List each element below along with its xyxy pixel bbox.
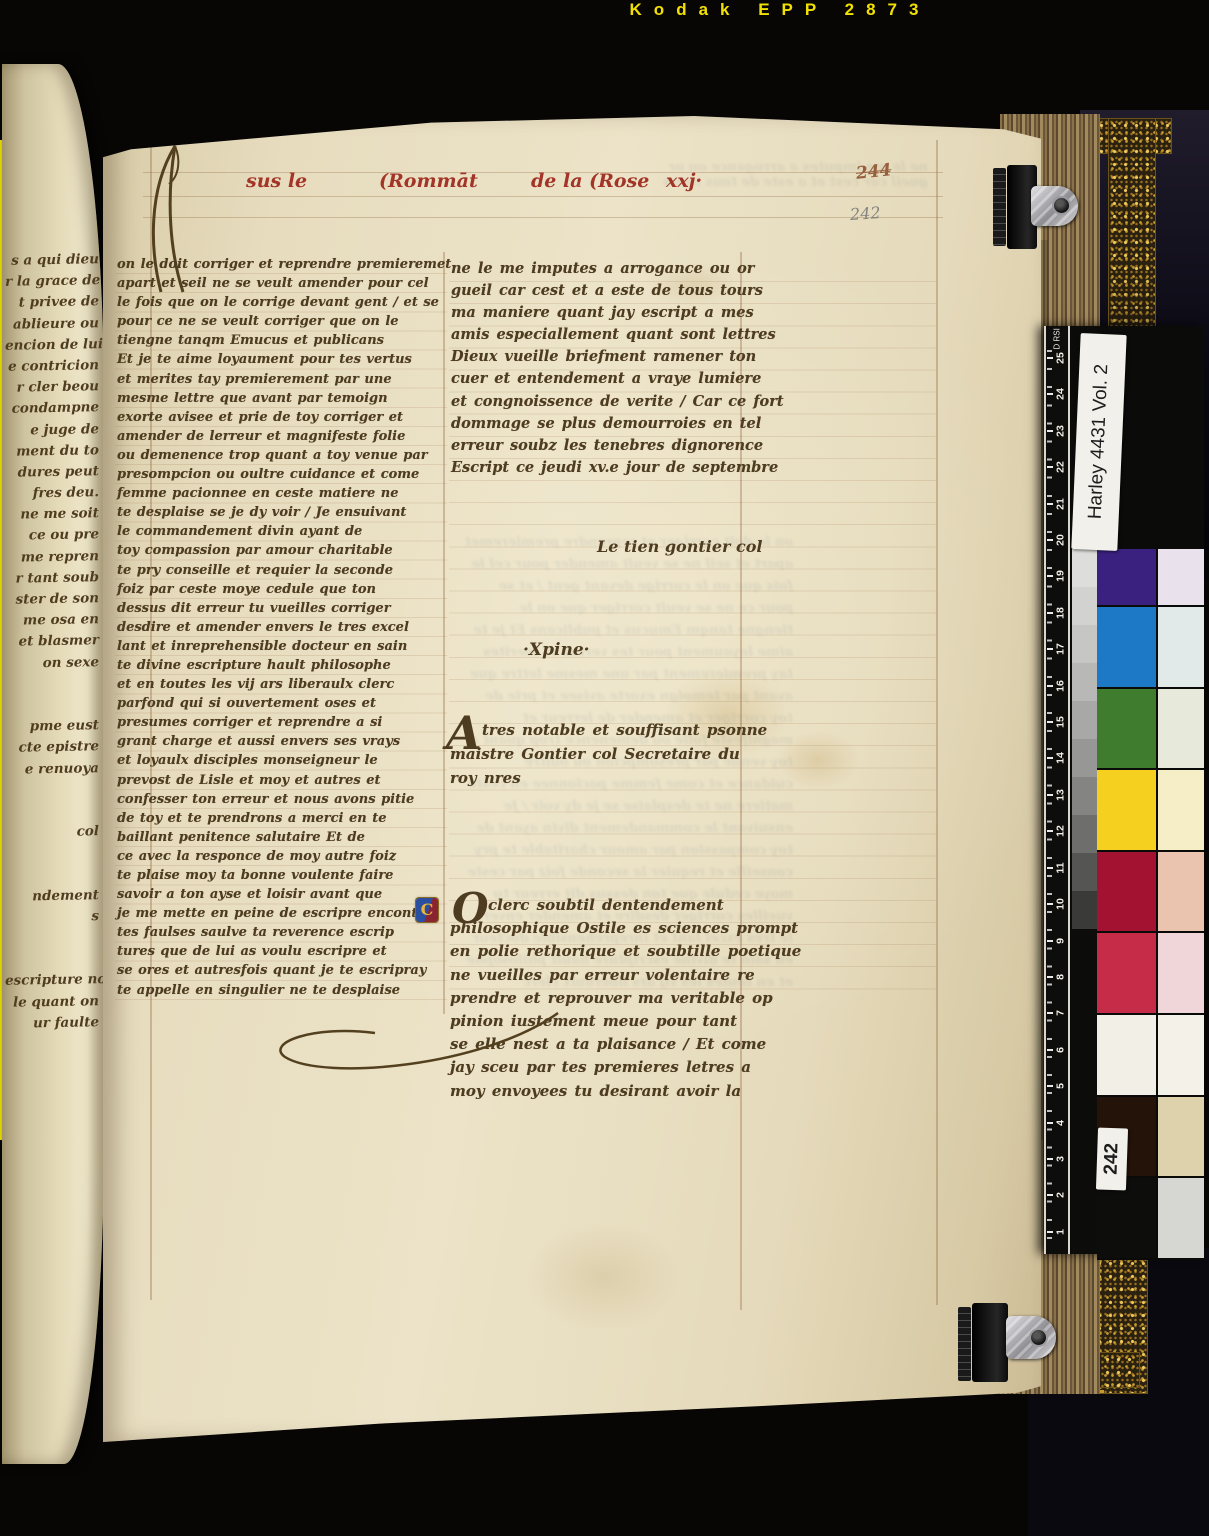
color-patch-row — [1097, 933, 1204, 1015]
letter-signature: Le tien gontier col — [597, 537, 762, 556]
grayscale-column — [1072, 549, 1097, 929]
ruler-tick-item: 21 — [1047, 498, 1067, 510]
illuminated-initial: C — [416, 898, 438, 922]
ruler-tick-item: 2 — [1047, 1189, 1067, 1201]
manuscript-line: te divine escripture hault philosophe — [117, 656, 443, 675]
manuscript-line: presumes corriger et reprendre a si — [117, 713, 443, 732]
facing-text-fragment: r tant soub — [5, 567, 99, 590]
facing-text-fragment: on sexe — [5, 652, 99, 675]
facing-text-fragment: ndement — [5, 885, 99, 908]
manuscript-line: ne vueilles par erreur volentaire re — [450, 964, 800, 987]
ruler-tick-item: 10 — [1047, 898, 1067, 910]
clip-body — [972, 1303, 1008, 1382]
facing-text-fragment: condampne — [5, 397, 99, 420]
manuscript-line: Dieux vueille briefment ramener ton — [451, 346, 791, 368]
clip-embossed-strip — [993, 168, 1006, 246]
ruler-number: 23 — [1055, 424, 1067, 437]
ruler-number: 13 — [1055, 788, 1067, 801]
manuscript-line: dommage se plus demourroies en tel — [451, 413, 791, 435]
manuscript-line: je me mette en peine de escripre encontr… — [117, 904, 443, 923]
color-patch-pale — [1158, 1015, 1204, 1095]
gray-step — [1072, 853, 1097, 891]
ruler-scale: D RSI 25 24 23 22 21 — [1044, 326, 1070, 1254]
color-patch-row — [1097, 770, 1204, 852]
ruler-tick-item: 6 — [1047, 1044, 1067, 1056]
manuscript-line: et merites tay premierement par une — [117, 370, 443, 389]
ruler-number: 17 — [1055, 643, 1067, 656]
ruler-tick — [1047, 575, 1053, 577]
ruler-tick-item: 20 — [1047, 534, 1067, 546]
manuscript-line: te pry conseille et requier la seconde — [117, 561, 443, 580]
facing-text-fragment: t privee de — [5, 292, 99, 315]
facing-text-fragment — [5, 842, 99, 865]
ruler-tick-item: 8 — [1047, 971, 1067, 983]
color-patch-row — [1097, 1178, 1204, 1260]
facing-text-fragment: r la grace de — [5, 270, 99, 293]
facing-text-fragment: cte epistre — [5, 736, 99, 759]
ruler-number: 19 — [1055, 570, 1067, 583]
color-patch-pale — [1158, 852, 1204, 932]
binder-clip-top — [993, 165, 1085, 251]
ruler-number: 7 — [1055, 1007, 1067, 1020]
ruler-tick-item: 18 — [1047, 607, 1067, 619]
facing-text-fragment: fres deu. — [5, 482, 99, 505]
ruler-tick — [1047, 1049, 1053, 1051]
facing-text-column: s a qui dieur la grace det privee deabli… — [5, 250, 99, 1034]
clip-handle-hole — [1052, 196, 1071, 215]
ruler-number: 8 — [1055, 970, 1067, 983]
color-patch-row — [1097, 1015, 1204, 1097]
ruler-tick — [1047, 1012, 1053, 1014]
color-patch-pale — [1158, 933, 1204, 1013]
ruler-tick-item: 14 — [1047, 752, 1067, 764]
manuscript-line: prevost de Lisle et moy et autres et — [117, 771, 443, 790]
manuscript-line: tres notable et souffisant psonne — [450, 718, 795, 742]
ruler-tick-item: 25 — [1047, 352, 1067, 364]
manuscript-line: te appelle en singulier ne te desplaise — [117, 981, 443, 1000]
color-patch — [1097, 549, 1156, 605]
ruler-number: 25 — [1055, 352, 1067, 365]
gray-step — [1072, 701, 1097, 739]
manuscript-line: grant charge et aussi envers ses vrays — [117, 732, 443, 751]
pen-initial-O: O — [452, 888, 489, 930]
facing-text-fragment: pme eust — [5, 715, 99, 738]
running-title-part: de la (Rose — [531, 170, 649, 192]
ruler-tick-item: 24 — [1047, 388, 1067, 400]
manuscript-line: philosophique Ostile es sciences prompt — [450, 917, 800, 940]
ruler-number: 9 — [1055, 934, 1067, 947]
manuscript-line: roy nres — [450, 766, 795, 790]
ruler-number: 6 — [1055, 1043, 1067, 1056]
manuscript-line: ma maniere quant jay escript a mes — [451, 302, 791, 324]
gray-step — [1072, 739, 1097, 777]
running-title-part: sus le — [246, 170, 307, 192]
ruler-number: 3 — [1055, 1152, 1067, 1165]
manuscript-line: le commandement divin ayant de — [117, 522, 443, 541]
gray-step — [1072, 891, 1097, 929]
ruler-number: 1 — [1055, 1225, 1067, 1238]
manuscript-line: en polie rethorique et soubtille poetiqu… — [450, 940, 800, 963]
ruler-tick — [1047, 830, 1053, 832]
manuscript-line: le fois que on le corrige devant gent / … — [117, 293, 443, 312]
clip-embossed-strip — [958, 1307, 971, 1381]
ruler-tick — [1047, 757, 1053, 759]
manuscript-line: cuer et entendement a vraye lumiere — [451, 368, 791, 390]
manuscript-line: te plaise moy ta bonne voulente faire — [117, 866, 443, 885]
ruler-tick-item: 17 — [1047, 643, 1067, 655]
color-patch — [1097, 1178, 1156, 1258]
manuscript-line: pour ce ne se veult corriger que on le — [117, 312, 443, 331]
facing-text-fragment: ment du to — [5, 440, 99, 463]
ruler-tick-item: 12 — [1047, 825, 1067, 837]
manuscript-line: femme pacionnee en ceste matiere ne — [117, 484, 443, 503]
facing-page-edge: s a qui dieur la grace det privee deabli… — [2, 64, 104, 1464]
color-patch — [1097, 689, 1156, 769]
ruler-tick — [1047, 1122, 1053, 1124]
ruler-tick — [1047, 648, 1053, 650]
manuscript-line: gueil car cest et a este de tous tours — [451, 280, 791, 302]
color-patch-pale — [1158, 770, 1204, 850]
ruler-tick — [1047, 1085, 1053, 1087]
volume-label: Harley 4431 Vol. 2 — [1071, 333, 1126, 551]
ruler-number: 20 — [1055, 534, 1067, 547]
manuscript-line: se ores et autresfois quant je te escrip… — [117, 961, 443, 980]
manuscript-line: de toy et te prendrons a merci en te — [117, 809, 443, 828]
manuscript-line: maistre Gontier col Secretaire du — [450, 742, 795, 766]
facing-text-fragment: me osa en — [5, 609, 99, 632]
facing-text-fragment: ur faulte — [5, 1012, 99, 1035]
ruler-tick — [1047, 794, 1053, 796]
manuscript-line: savoir a ton ayse et loisir avant que — [117, 885, 443, 904]
manuscript-line: ou demenence trop quant a toy venue par — [117, 446, 443, 465]
manuscript-line: lant et inreprehensible docteur en sain — [117, 637, 443, 656]
ruler-tick-item: 4 — [1047, 1117, 1067, 1129]
manuscript-page: on le doit corriger et reprendre premier… — [103, 112, 1041, 1442]
manuscript-line: et congnoissence de verite / Car ce fort — [451, 391, 791, 413]
facing-text-fragment — [5, 927, 99, 950]
grayscale-black-tail — [1072, 929, 1097, 1254]
manuscript-line: desdire et amender envers le tres excel — [117, 618, 443, 637]
facing-text-fragment — [5, 948, 99, 971]
color-patch-row — [1097, 689, 1204, 771]
ruler-tick — [1047, 539, 1053, 541]
ruler-tick-item: 9 — [1047, 935, 1067, 947]
color-patch-pale — [1158, 549, 1204, 605]
facing-text-fragment: e contricion — [5, 355, 99, 378]
ruler-tick — [1047, 1194, 1053, 1196]
text-column-left: on le doit corriger et reprendre premier… — [117, 255, 443, 1000]
running-title-part: (Rommāt — [379, 170, 478, 192]
manuscript-line: ce avec la responce de moy autre foiz — [117, 847, 443, 866]
ruler-number: 2 — [1055, 1189, 1067, 1202]
manuscript-line: presompcion ou oultre cuidance et come — [117, 465, 443, 484]
ruler-tick — [1047, 503, 1053, 505]
manuscript-line: tures que de lui as voulu escripre et — [117, 942, 443, 961]
facing-text-fragment: escripture no — [5, 970, 99, 993]
manuscript-line: clerc soubtil dentendement — [450, 894, 800, 917]
facing-text-fragment — [5, 800, 99, 823]
ruler-tick-item: 22 — [1047, 461, 1067, 473]
ruler-tick — [1047, 976, 1053, 978]
ruler-number: 18 — [1055, 606, 1067, 619]
color-patch — [1097, 933, 1156, 1013]
color-calibration-target: D RSI 25 24 23 22 21 — [1044, 326, 1204, 1254]
vertical-ruling — [443, 252, 445, 1014]
ruler-number: 24 — [1055, 388, 1067, 401]
parchment-stain — [523, 1222, 683, 1332]
facing-text-fragment: et blasmer — [5, 631, 99, 654]
ruler-tick — [1047, 466, 1053, 468]
facing-text-fragment — [5, 779, 99, 802]
clip-handle-hole — [1029, 1328, 1048, 1347]
clip-handle — [1006, 1316, 1056, 1359]
ruler-tick — [1047, 685, 1053, 687]
manuscript-line: parfond qui si ouvertement oses et — [117, 694, 443, 713]
ruler-tick — [1047, 357, 1053, 359]
color-patch — [1097, 1015, 1156, 1095]
gray-step — [1072, 587, 1097, 625]
ruler-tick — [1047, 1158, 1053, 1160]
color-patch-row — [1097, 607, 1204, 689]
ruler-tick — [1047, 393, 1053, 395]
section-mark: ·Xpine· — [523, 640, 590, 660]
ruler-tick-item: 16 — [1047, 680, 1067, 692]
manuscript-line: baillant penitence salutaire Et de — [117, 828, 443, 847]
facing-text-fragment: col — [5, 821, 99, 844]
pen-initial-A: A — [446, 710, 482, 756]
facing-text-fragment: s — [5, 906, 99, 929]
manuscript-line: Et je te aime loyaument pour tes vertus — [117, 350, 443, 369]
manuscript-line: exorte avisee et prie de toy corriger et — [117, 408, 443, 427]
facing-text-fragment: e renuoya — [5, 758, 99, 781]
ruler-tick-item: 19 — [1047, 570, 1067, 582]
color-patch — [1097, 770, 1156, 850]
facing-text-fragment: ablieure ou — [5, 313, 99, 336]
facing-text-fragment: r cler beou — [5, 376, 99, 399]
folio-number-pencil: 242 — [849, 203, 881, 224]
ruler-tick — [1047, 1231, 1053, 1233]
gray-step — [1072, 625, 1097, 663]
ruler-tick — [1047, 430, 1053, 432]
ruler-tick-item: 3 — [1047, 1153, 1067, 1165]
color-patch — [1097, 607, 1156, 687]
ruler-number: 10 — [1055, 898, 1067, 911]
color-patch-row — [1097, 852, 1204, 934]
ruler-number: 12 — [1055, 825, 1067, 838]
manuscript-line: on le doit corriger et reprendre premier… — [117, 255, 443, 274]
facing-text-fragment: le quant on — [5, 991, 99, 1014]
manuscript-line: erreur soubz les tenebres dignorence — [451, 435, 791, 457]
manuscript-line: toy compassion par amour charitable — [117, 541, 443, 560]
facing-text-fragment — [5, 694, 99, 717]
ruler-tick-item: 7 — [1047, 1007, 1067, 1019]
facing-text-fragment: s a qui dieu — [5, 249, 99, 272]
color-patch-pale — [1158, 689, 1204, 769]
header-ruling — [143, 196, 943, 197]
ruler-number: 11 — [1055, 861, 1067, 874]
facing-text-fragment: encion de lui — [5, 334, 99, 357]
ruler-tick — [1047, 940, 1053, 942]
gray-step — [1072, 549, 1097, 587]
gray-step — [1072, 777, 1097, 815]
facing-text-fragment: e juge de — [5, 419, 99, 442]
gray-step — [1072, 663, 1097, 701]
clip-handle — [1031, 186, 1078, 226]
color-patch-pale — [1158, 607, 1204, 687]
vertical-ruling — [936, 140, 938, 1305]
ruler-tick — [1047, 721, 1053, 723]
ruler-tick — [1047, 903, 1053, 905]
manuscript-line: ne le me imputes a arrogance ou or — [451, 258, 791, 280]
ruler-number: 5 — [1055, 1080, 1067, 1093]
manuscript-line: apart et seil ne se veult amender pour c… — [117, 274, 443, 293]
manuscript-line: tes faulses saulve ta reverence escrip — [117, 923, 443, 942]
facing-text-fragment: dures peut — [5, 461, 99, 484]
ruler-number: 4 — [1055, 1116, 1067, 1129]
ruler-tick-item: 23 — [1047, 425, 1067, 437]
ruler-tick-item: 13 — [1047, 789, 1067, 801]
manuscript-line: foiz par ceste moye cedule que ton — [117, 580, 443, 599]
color-patch — [1097, 852, 1156, 932]
manuscript-line: mesme lettre que avant par temoign — [117, 389, 443, 408]
manuscript-line: et en toutes les vij ars liberaulx clerc — [117, 675, 443, 694]
ruler-tick-item: 1 — [1047, 1226, 1067, 1238]
ruler-tick-item: 11 — [1047, 862, 1067, 874]
address-heading: A tres notable et souffisant psonnemaist… — [450, 718, 795, 790]
ruler-number: 14 — [1055, 752, 1067, 765]
folio-strip-label: 242 — [1096, 1127, 1128, 1190]
ruler-number: 15 — [1055, 716, 1067, 729]
color-patch-pale — [1158, 1097, 1204, 1177]
facing-text-fragment: ce ou pre — [5, 525, 99, 548]
facing-text-fragment: ne me soit — [5, 503, 99, 526]
facing-text-fragment — [5, 864, 99, 887]
color-patch-row — [1097, 549, 1204, 607]
manuscript-line: tiengne tanqm Emucus et publicans — [117, 331, 443, 350]
manuscript-line: et loyaulx disciples monseigneur le — [117, 751, 443, 770]
ruler-tick-item: 5 — [1047, 1080, 1067, 1092]
ruler-tick — [1047, 612, 1053, 614]
header-ruling — [143, 217, 943, 218]
facing-text-fragment — [5, 673, 99, 696]
ruler-number: 16 — [1055, 679, 1067, 692]
ruler-tick — [1047, 867, 1053, 869]
pen-flourish-bottom — [253, 1005, 593, 1085]
folio-number-crossed: 244 — [855, 160, 892, 184]
running-title-part: xxj· — [666, 170, 702, 192]
manuscript-line: confesser ton erreur et nous avons pitie — [117, 790, 443, 809]
text-column-right: ne le me imputes a arrogance ou orgueil … — [451, 258, 791, 479]
manuscript-line: amis especiallement quant sont lettres — [451, 324, 791, 346]
manuscript-line: amender de lerreur et magnifeste folie — [117, 427, 443, 446]
gray-step — [1072, 815, 1097, 853]
film-strip-label: Kodak EPP 2873 — [560, 0, 1000, 22]
manuscript-line: dessus dit erreur tu vueilles corriger — [117, 599, 443, 618]
binder-clip-bottom — [958, 1303, 1064, 1385]
facing-text-fragment: me repren — [5, 546, 99, 569]
manuscript-line: Escript ce jeudi xv.e jour de septembre — [451, 457, 791, 479]
ruler-top-label: D RSI — [1053, 332, 1062, 350]
ruler-number: 21 — [1055, 497, 1067, 510]
color-patch-pale — [1158, 1178, 1204, 1258]
ruler-number: 22 — [1055, 461, 1067, 474]
ruler-tick-item: 15 — [1047, 716, 1067, 728]
manuscript-line: te desplaise se je dy voir / Je ensuivan… — [117, 503, 443, 522]
photo-scene: Kodak EPP 2873 s a qui dieur la grace de… — [0, 0, 1209, 1536]
facing-text-fragment: ster de son — [5, 588, 99, 611]
